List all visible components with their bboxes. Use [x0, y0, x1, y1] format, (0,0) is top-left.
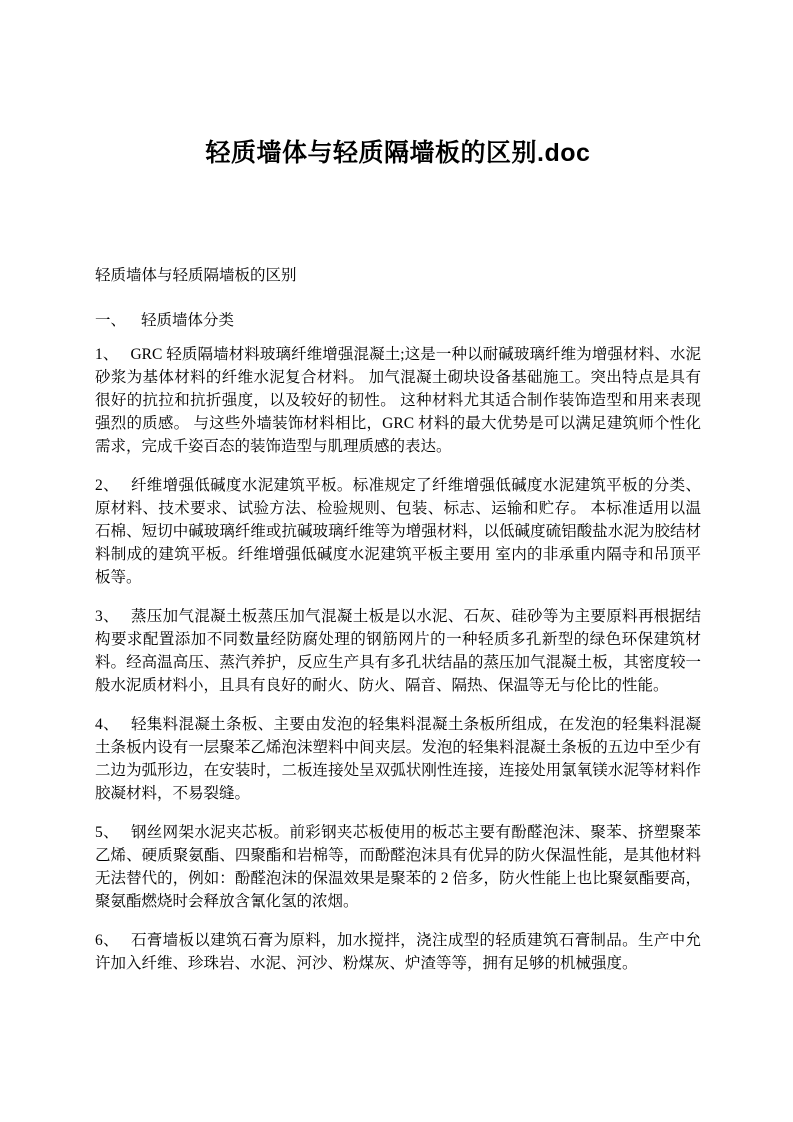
- paragraph-text: GRC 轻质隔墙材料玻璃纤维增强混凝土;这是一种以耐碱玻璃纤维为增强材料、水泥砂…: [95, 346, 701, 455]
- paragraph-number-label: 1、: [95, 346, 118, 363]
- paragraph: 2、纤维增强低碱度水泥建筑平板。标准规定了纤维增强低碱度水泥建筑平板的分类、原材…: [95, 474, 701, 589]
- paragraph-number-label: 4、: [95, 716, 119, 733]
- paragraph-number-label: 6、: [95, 932, 119, 949]
- section-number-label: 一、: [95, 312, 126, 329]
- document-subtitle: 轻质墙体与轻质隔墙板的区别: [95, 264, 701, 287]
- document-page: 轻质墙体与轻质隔墙板的区别.doc 轻质墙体与轻质隔墙板的区别 一、轻质墙体分类…: [0, 0, 793, 1122]
- paragraph-text: 蒸压加气混凝土板蒸压加气混凝土板是以水泥、石灰、硅砂等为主要原料再根据结构要求配…: [95, 608, 701, 694]
- paragraph: 4、轻集料混凝土条板、主要由发泡的轻集料混凝土条板所组成，在发泡的轻集料混凝土条…: [95, 713, 701, 805]
- paragraph-text: 钢丝网架水泥夹芯板。前彩钢夹芯板使用的板芯主要有酚醛泡沫、聚苯、挤塑聚苯乙烯、硬…: [95, 824, 701, 910]
- paragraph: 5、钢丝网架水泥夹芯板。前彩钢夹芯板使用的板芯主要有酚醛泡沫、聚苯、挤塑聚苯乙烯…: [95, 821, 701, 913]
- paragraph-number-label: 2、: [95, 477, 119, 494]
- paragraph: 6、石膏墙板以建筑石膏为原料，加水搅拌，浇注成型的轻质建筑石膏制品。生产中允许加…: [95, 929, 701, 975]
- paragraph: 3、蒸压加气混凝土板蒸压加气混凝土板是以水泥、石灰、硅砂等为主要原料再根据结构要…: [95, 605, 701, 697]
- paragraph-text: 轻集料混凝土条板、主要由发泡的轻集料混凝土条板所组成，在发泡的轻集料混凝土条板内…: [95, 716, 701, 802]
- paragraph-number-label: 3、: [95, 608, 119, 625]
- paragraph-number-label: 5、: [95, 824, 119, 841]
- paragraph-text: 石膏墙板以建筑石膏为原料，加水搅拌，浇注成型的轻质建筑石膏制品。生产中允许加入纤…: [95, 932, 701, 972]
- paragraph-text: 纤维增强低碱度水泥建筑平板。标准规定了纤维增强低碱度水泥建筑平板的分类、原材料、…: [95, 477, 701, 586]
- section-title-text: 轻质墙体分类: [141, 312, 234, 329]
- document-title: 轻质墙体与轻质隔墙板的区别.doc: [95, 137, 701, 169]
- paragraph: 1、GRC 轻质隔墙材料玻璃纤维增强混凝土;这是一种以耐碱玻璃纤维为增强材料、水…: [95, 343, 701, 458]
- section-heading: 一、轻质墙体分类: [95, 309, 701, 332]
